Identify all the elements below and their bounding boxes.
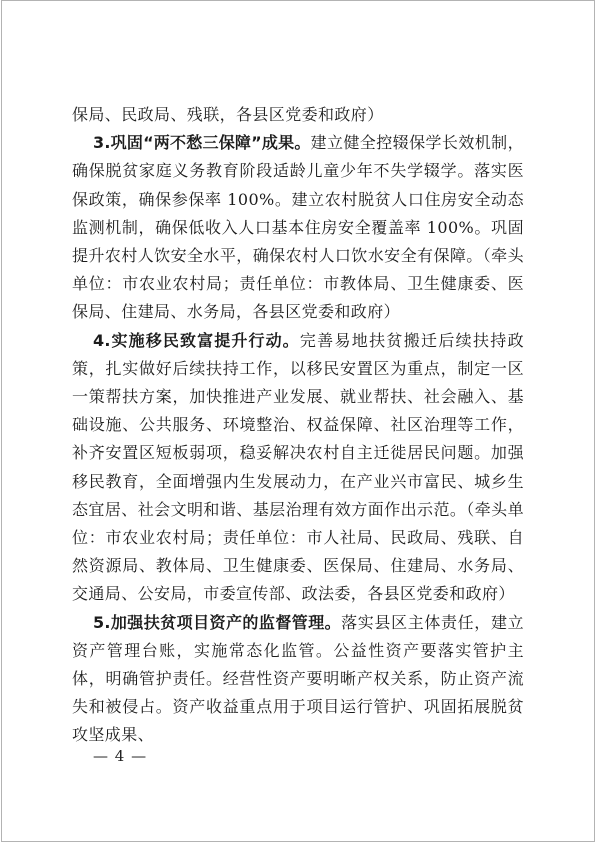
section-5-lead: 5.加强扶贫项目资产的监督管理。	[93, 613, 341, 632]
paragraph-section-5: 5.加强扶贫项目资产的监督管理。落实县区主体责任，建立资产管理台账，实施常态化监…	[72, 609, 524, 750]
document-page: 保局、民政局、残联，各县区党委和政府） 3.巩固“两不愁三保障”成果。建立健全控…	[0, 0, 596, 843]
section-3-lead: 3.巩固“两不愁三保障”成果。	[93, 133, 311, 152]
section-5-body: 落实县区主体责任，建立资产管理台账，实施常态化监管。公益性资产要落实管护主体，明…	[72, 613, 524, 745]
section-4-lead: 4.实施移民致富提升行动。	[93, 331, 300, 350]
page-number: — 4 —	[93, 747, 147, 765]
document-body: 保局、民政局、残联，各县区党委和政府） 3.巩固“两不愁三保障”成果。建立健全控…	[72, 101, 524, 750]
section-4-body: 完善易地扶贫搬迁后续扶持政策，扎实做好后续扶持工作，以移民安置区为重点，制定一区…	[72, 331, 524, 604]
paragraph-section-3: 3.巩固“两不愁三保障”成果。建立健全控辍保学长效机制，确保脱贫家庭义务教育阶段…	[72, 129, 524, 326]
paragraph-section-4: 4.实施移民致富提升行动。完善易地扶贫搬迁后续扶持政策，扎实做好后续扶持工作，以…	[72, 327, 524, 609]
paragraph-continuation: 保局、民政局、残联，各县区党委和政府）	[72, 101, 524, 129]
section-3-body: 建立健全控辍保学长效机制，确保脱贫家庭义务教育阶段适龄儿童少年不失学辍学。落实医…	[72, 133, 524, 321]
